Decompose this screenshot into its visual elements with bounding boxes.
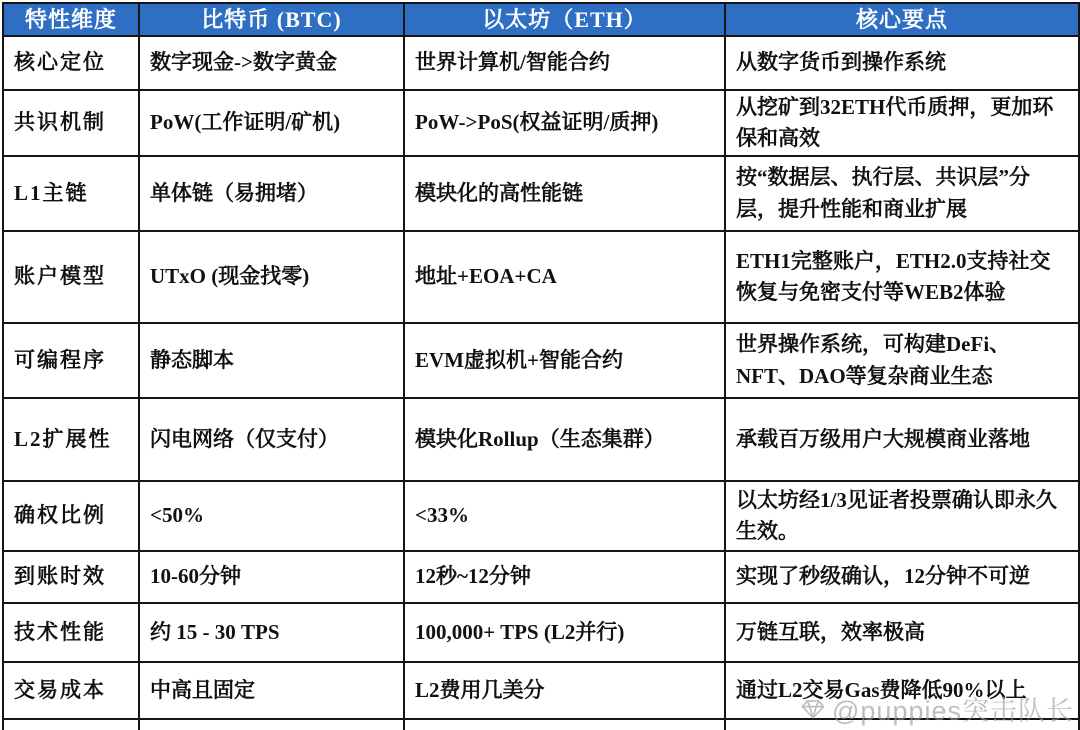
table-row: 技术性能 约 15 - 30 TPS 100,000+ TPS (L2并行) 万… [4, 604, 1080, 663]
header-btc: 比特币 (BTC) [140, 4, 405, 37]
dimension-cell: L2扩展性 [4, 399, 140, 482]
eth-cell: 世界计算机/智能合约 [405, 37, 726, 91]
eth-cell: 模块化Rollup（生态集群） [405, 399, 726, 482]
key-points-cell: 承载百万级用户大规模商业落地 [726, 399, 1080, 482]
btc-cell: UTxO (现金找零) [140, 232, 405, 324]
table-row: 到账时效 10-60分钟 12秒~12分钟 实现了秒级确认，12分钟不可逆 [4, 552, 1080, 604]
eth-cell: 12秒~12分钟 [405, 552, 726, 604]
header-feature-dimension: 特性维度 [4, 4, 140, 37]
table-row: 账户模型 UTxO (现金找零) 地址+EOA+CA ETH1完整账户，ETH2… [4, 232, 1080, 324]
table-header-row: 特性维度 比特币 (BTC) 以太坊（ETH） 核心要点 [4, 4, 1080, 37]
table-row: 可编程序 静态脚本 EVM虚拟机+智能合约 世界操作系统，可构建DeFi、NFT… [4, 324, 1080, 399]
btc-eth-comparison-page: 特性维度 比特币 (BTC) 以太坊（ETH） 核心要点 核心定位 数字现金->… [0, 0, 1080, 730]
eth-cell: 地址+EOA+CA [405, 232, 726, 324]
table-row: 核心定位 数字现金->数字黄金 世界计算机/智能合约 从数字货币到操作系统 [4, 37, 1080, 91]
dimension-cell: L1主链 [4, 157, 140, 232]
key-points-cell: ETH1完整账户，ETH2.0支持社交恢复与免密支付等WEB2体验 [726, 232, 1080, 324]
dimension-cell: 交易成本 [4, 663, 140, 720]
table-row: 共识机制 PoW(工作证明/矿机) PoW->PoS(权益证明/质押) 从挖矿到… [4, 91, 1080, 157]
btc-cell: 单体链（易拥堵） [140, 157, 405, 232]
btc-cell: 10-60分钟 [140, 552, 405, 604]
empty-cell [405, 720, 726, 730]
btc-cell: <50% [140, 482, 405, 552]
empty-cell [726, 720, 1080, 730]
key-points-cell: 从数字货币到操作系统 [726, 37, 1080, 91]
key-points-cell: 从挖矿到32ETH代币质押，更加环保和高效 [726, 91, 1080, 157]
empty-cell [4, 720, 140, 730]
cropped-row-sliver [4, 720, 1080, 730]
btc-cell: 数字现金->数字黄金 [140, 37, 405, 91]
btc-cell: 闪电网络（仅支付） [140, 399, 405, 482]
dimension-cell: 确权比例 [4, 482, 140, 552]
dimension-cell: 可编程序 [4, 324, 140, 399]
key-points-cell: 实现了秒级确认，12分钟不可逆 [726, 552, 1080, 604]
table-row: L1主链 单体链（易拥堵） 模块化的高性能链 按“数据层、执行层、共识层”分层，… [4, 157, 1080, 232]
dimension-cell: 核心定位 [4, 37, 140, 91]
header-key-points: 核心要点 [726, 4, 1080, 37]
table-row: 确权比例 <50% <33% 以太坊经1/3见证者投票确认即永久生效。 [4, 482, 1080, 552]
eth-cell: 100,000+ TPS (L2并行) [405, 604, 726, 663]
dimension-cell: 账户模型 [4, 232, 140, 324]
key-points-cell: 世界操作系统，可构建DeFi、NFT、DAO等复杂商业生态 [726, 324, 1080, 399]
dimension-cell: 到账时效 [4, 552, 140, 604]
btc-cell: 约 15 - 30 TPS [140, 604, 405, 663]
empty-cell [140, 720, 405, 730]
key-points-cell: 按“数据层、执行层、共识层”分层，提升性能和商业扩展 [726, 157, 1080, 232]
key-points-cell: 以太坊经1/3见证者投票确认即永久生效。 [726, 482, 1080, 552]
table-row: L2扩展性 闪电网络（仅支付） 模块化Rollup（生态集群） 承载百万级用户大… [4, 399, 1080, 482]
eth-cell: EVM虚拟机+智能合约 [405, 324, 726, 399]
btc-cell: 中高且固定 [140, 663, 405, 720]
eth-cell: L2费用几美分 [405, 663, 726, 720]
dimension-cell: 技术性能 [4, 604, 140, 663]
header-eth: 以太坊（ETH） [405, 4, 726, 37]
comparison-table: 特性维度 比特币 (BTC) 以太坊（ETH） 核心要点 核心定位 数字现金->… [2, 2, 1080, 730]
table-row: 交易成本 中高且固定 L2费用几美分 通过L2交易Gas费降低90%以上 [4, 663, 1080, 720]
eth-cell: PoW->PoS(权益证明/质押) [405, 91, 726, 157]
eth-cell: <33% [405, 482, 726, 552]
eth-cell: 模块化的高性能链 [405, 157, 726, 232]
btc-cell: PoW(工作证明/矿机) [140, 91, 405, 157]
key-points-cell: 万链互联，效率极高 [726, 604, 1080, 663]
btc-cell: 静态脚本 [140, 324, 405, 399]
key-points-cell: 通过L2交易Gas费降低90%以上 [726, 663, 1080, 720]
dimension-cell: 共识机制 [4, 91, 140, 157]
